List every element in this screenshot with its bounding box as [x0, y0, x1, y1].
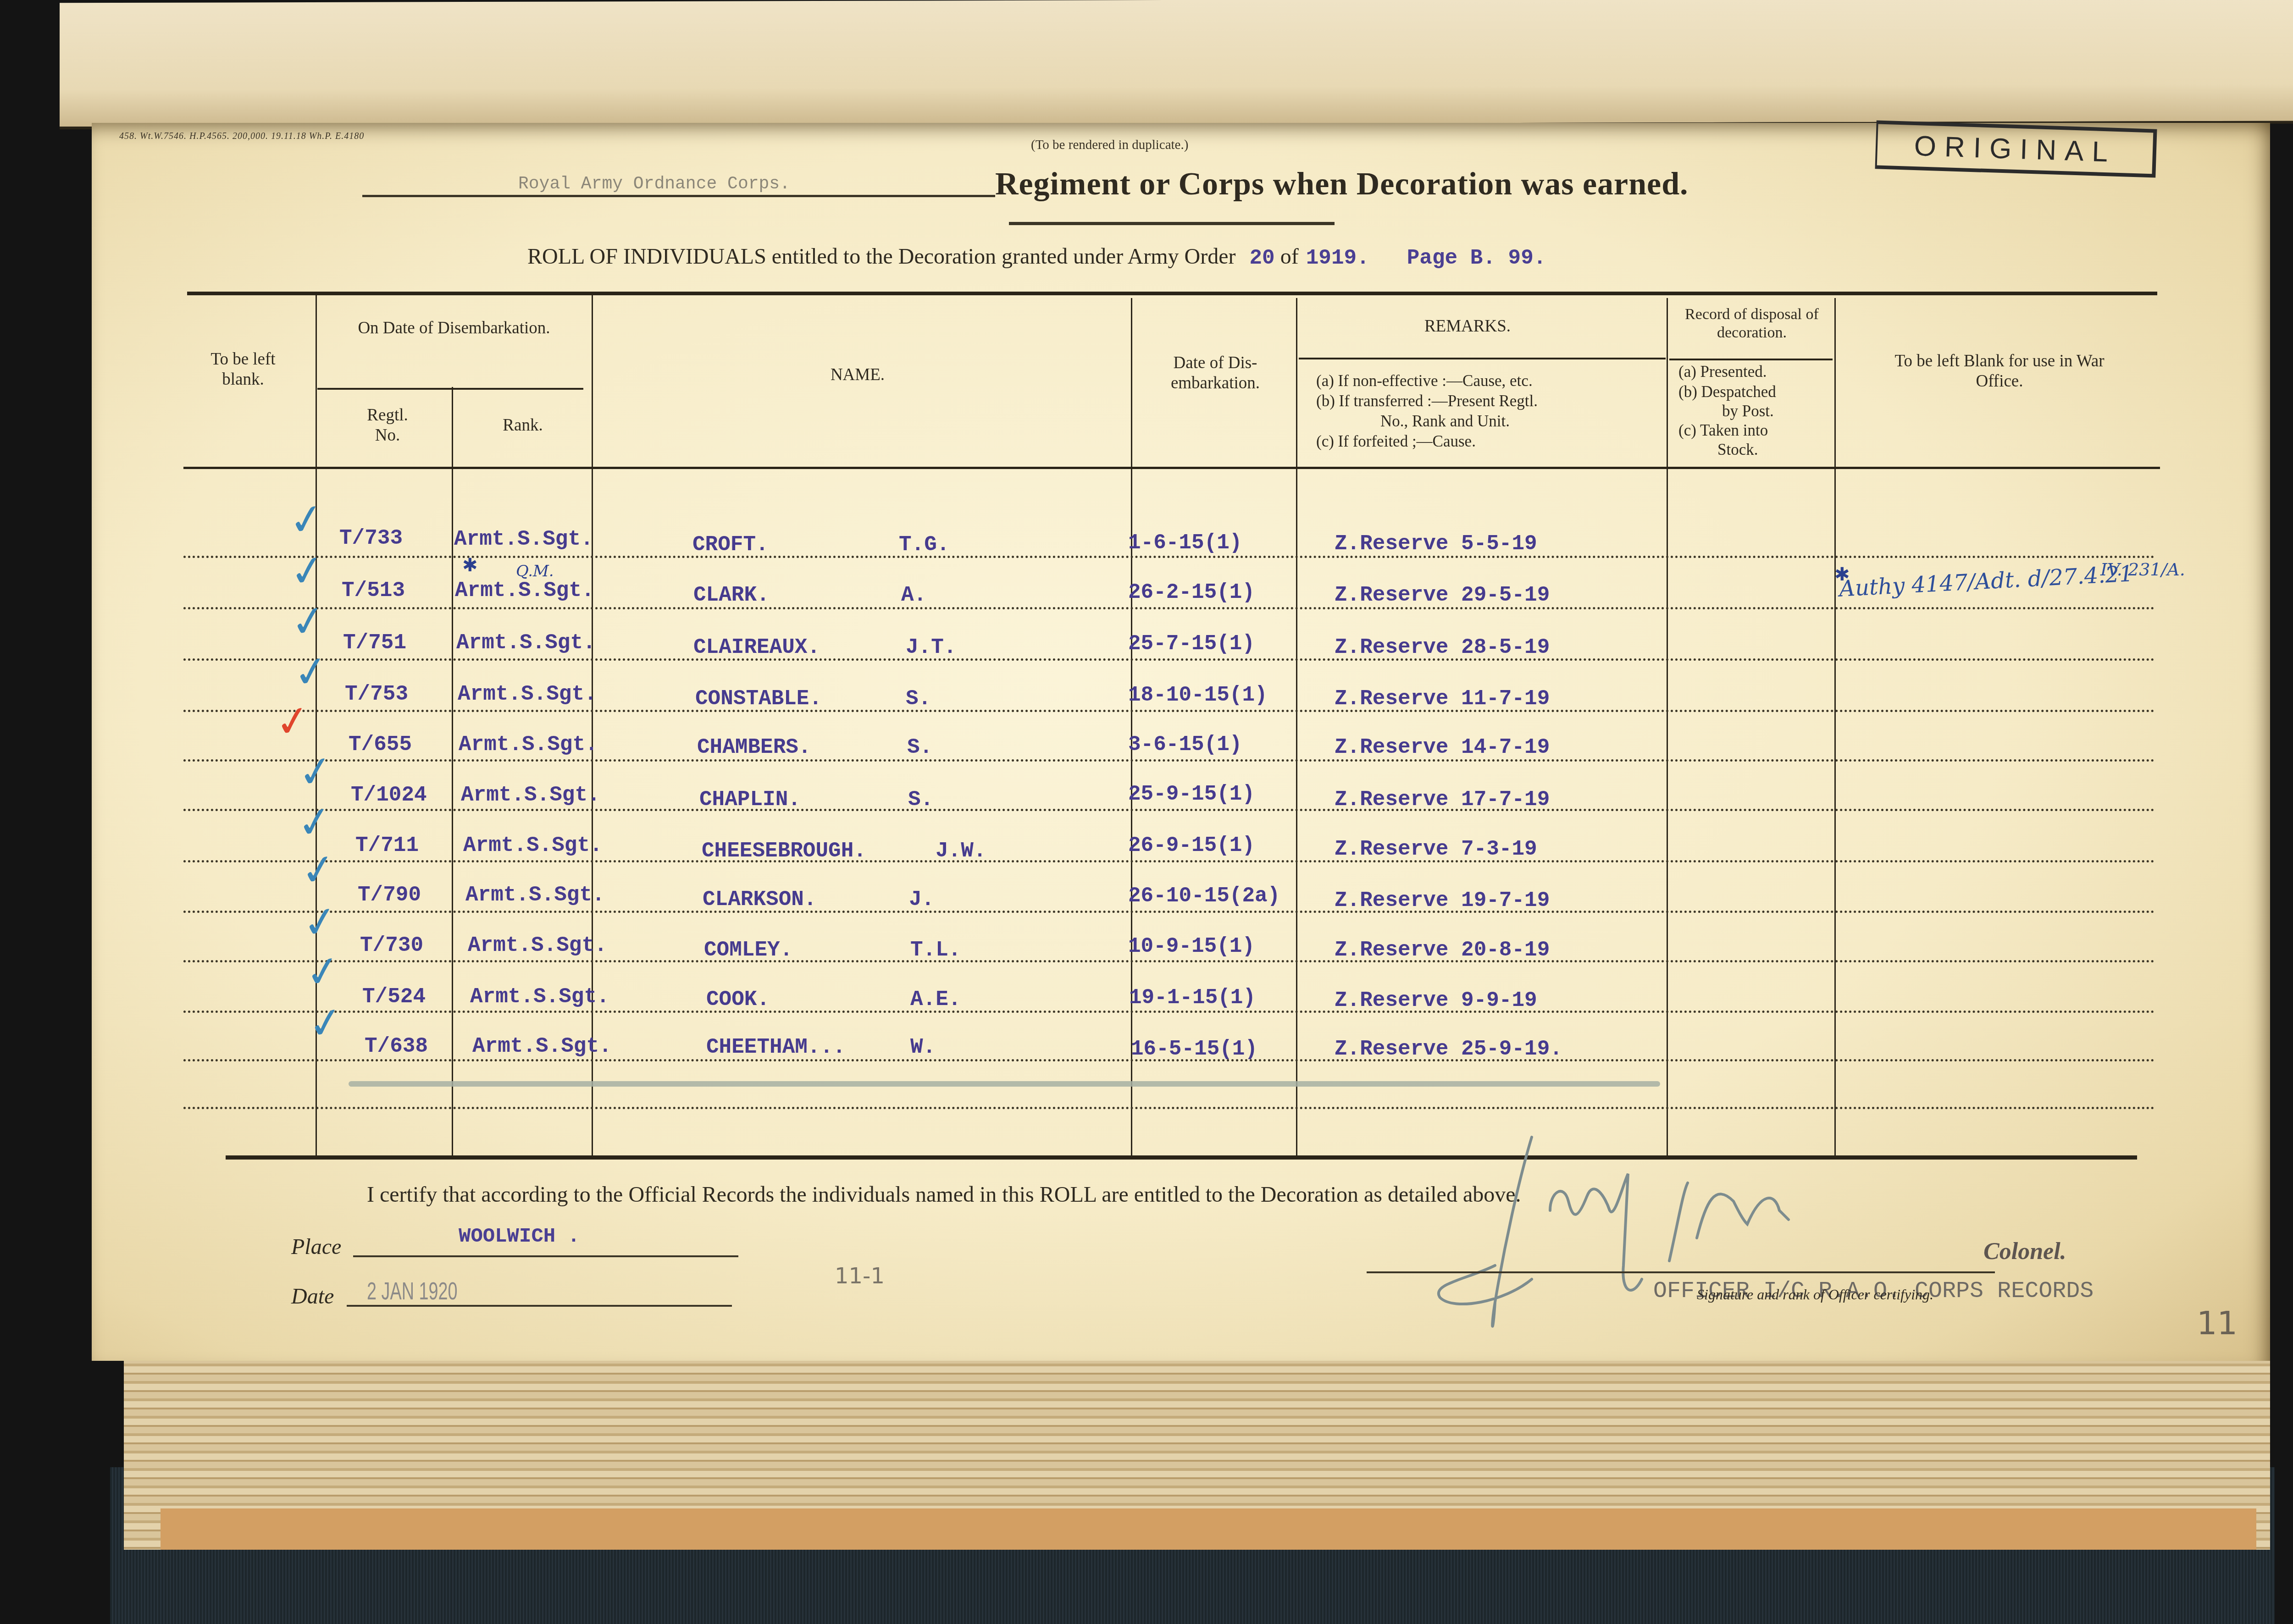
surname: CHAMBERS.	[697, 735, 811, 759]
regtl-no: T/513	[342, 579, 405, 602]
page-reference: Page B. 99.	[1407, 246, 1546, 270]
remarks: Z.Reserve 11-7-19	[1335, 687, 1550, 711]
header-rank: Rank.	[477, 415, 569, 436]
header-disposal-b2: by Post.	[1722, 402, 1841, 421]
row-rule	[183, 1011, 2155, 1013]
initials: J.W.	[936, 839, 986, 863]
row-rule	[183, 860, 2155, 862]
disembarkation-date: 10-9-15(1)	[1128, 934, 1255, 958]
date-value: 2 JAN 1920	[367, 1277, 458, 1305]
remarks: Z.Reserve 7-3-19	[1335, 837, 1537, 861]
header-name: NAME.	[780, 365, 936, 385]
regtl-no: T/751	[343, 631, 406, 655]
rank: Armt.S.Sgt.	[458, 682, 597, 706]
table-top-rule	[187, 292, 2157, 295]
rank: Armt.S.Sgt.	[454, 527, 593, 551]
header-disposal-b: (b) Despatched	[1678, 382, 1834, 402]
closing-line	[349, 1081, 1660, 1087]
place-label: Place	[291, 1234, 341, 1259]
rank-correction: Q.M.	[516, 562, 554, 580]
disembarkation-date: 26-2-15(1)	[1128, 580, 1255, 604]
remarks: Z.Reserve 20-8-19	[1335, 938, 1550, 962]
page-number: 11	[2197, 1304, 2238, 1342]
column-divider	[452, 387, 453, 1157]
header-disposal-c2: Stock.	[1717, 440, 1837, 459]
date-label: Date	[291, 1284, 334, 1309]
subheader-rule	[317, 388, 583, 390]
asterisk-mark-icon: ✱	[462, 555, 478, 576]
rank: Armt.S.Sgt.	[461, 783, 600, 807]
row-rule	[183, 809, 2155, 811]
title-underline	[1009, 222, 1335, 225]
page-stack-edges	[124, 1357, 2270, 1550]
pencil-note: 11-1	[835, 1263, 885, 1289]
header-disposal-a: (a) Presented.	[1678, 362, 1834, 381]
regtl-no: T/1024	[351, 783, 427, 807]
disembarkation-date: 25-9-15(1)	[1128, 782, 1255, 806]
officer-rank: Colonel.	[1983, 1238, 2066, 1265]
remarks: Z.Reserve 29-5-19	[1335, 583, 1550, 607]
check-mark-icon: ✓	[272, 695, 314, 748]
rank: Armt.S.Sgt.	[470, 985, 609, 1009]
column-divider	[1834, 298, 1836, 1157]
header-remarks-b2: No., Rank and Unit.	[1380, 412, 1656, 431]
surname: COOK.	[706, 988, 770, 1011]
column-divider	[1131, 298, 1132, 1157]
remarks: Z.Reserve 17-7-19	[1335, 788, 1550, 812]
rank: Armt.S.Sgt.	[455, 579, 594, 602]
initials: A.E.	[910, 988, 961, 1011]
disembarkation-date: 26-9-15(1)	[1128, 834, 1255, 857]
page-edge-stain	[161, 1508, 2256, 1550]
regtl-no: T/790	[358, 883, 421, 907]
header-date-disembarkation: Date of Dis- embarkation.	[1146, 353, 1284, 393]
previous-page	[60, 0, 2293, 129]
header-remarks-b: (b) If transferred :—Present Regtl.	[1316, 392, 1665, 411]
header-regtl-no: Regtl. No.	[353, 405, 422, 446]
header-remarks: REMARKS.	[1330, 316, 1605, 337]
disembarkation-date: 19-1-15(1)	[1129, 986, 1256, 1010]
place-line	[353, 1255, 738, 1257]
initials: W.	[910, 1035, 936, 1059]
disembarkation-date: 3-6-15(1)	[1128, 733, 1242, 757]
signature-line	[1367, 1271, 1995, 1273]
check-mark-icon: ✓	[305, 996, 347, 1050]
initials: A.	[901, 583, 926, 607]
row-rule	[183, 556, 2155, 558]
duplicate-note: (To be rendered in duplicate.)	[1031, 138, 1188, 153]
column-divider	[1296, 298, 1297, 1157]
initials: T.L.	[910, 938, 961, 962]
header-war-office: To be left Blank for use in War Office.	[1889, 351, 2110, 392]
header-remarks-a: (a) If non-effective :—Cause, etc.	[1316, 371, 1665, 391]
surname: CROFT.	[692, 533, 769, 557]
row-rule	[183, 1107, 2155, 1109]
initials: T.G.	[899, 533, 949, 557]
surname: COMLEY.	[704, 938, 792, 962]
roll-text: ROLL OF INDIVIDUALS entitled to the Deco…	[527, 244, 1236, 269]
row-rule	[183, 960, 2155, 962]
subheader-rule	[1299, 358, 1666, 359]
remarks: Z.Reserve 19-7-19	[1335, 889, 1550, 912]
regtl-no: T/733	[339, 526, 403, 550]
surname: CONSTABLE.	[695, 687, 822, 711]
initials: S.	[908, 788, 933, 812]
subheader-rule	[1669, 359, 1833, 360]
army-order-year: 1919.	[1306, 246, 1369, 270]
surname: CLARK.	[693, 583, 770, 607]
check-mark-icon: ✓	[290, 645, 332, 699]
disembarkation-date: 16-5-15(1)	[1131, 1037, 1257, 1061]
initials: J.T.	[906, 635, 956, 659]
corps-underline	[362, 195, 995, 197]
remarks: Z.Reserve 5-5-19	[1335, 532, 1537, 556]
regtl-no: T/711	[355, 834, 419, 857]
remarks: Z.Reserve 25-9-19.	[1335, 1037, 1562, 1061]
regtl-no: T/638	[365, 1034, 428, 1058]
header-disposal-c: (c) Taken into	[1678, 421, 1834, 440]
check-mark-icon: ✓	[294, 795, 336, 849]
rank: Armt.S.Sgt.	[456, 631, 596, 655]
certification-text: I certify that according to the Official…	[367, 1182, 1521, 1207]
corps-name: Royal Army Ordnance Corps.	[518, 174, 790, 194]
column-divider	[1667, 298, 1668, 1157]
surname: CHEETHAM...	[706, 1035, 846, 1059]
army-order-number: 20	[1250, 246, 1275, 270]
place-value: WOOLWICH .	[459, 1225, 580, 1248]
header-remarks-c: (c) If forfeited ;—Cause.	[1316, 432, 1665, 451]
row-rule	[183, 658, 2155, 661]
initials: J.	[909, 888, 934, 911]
signature-caption: Signature and rank of Officer certifying…	[1697, 1286, 1933, 1303]
row-rule	[183, 710, 2155, 712]
regtl-no: T/655	[349, 733, 412, 757]
check-mark-icon: ✓	[299, 895, 341, 949]
rank: Armt.S.Sgt.	[465, 883, 605, 907]
header-record-of-disposal: Record of disposal of decoration.	[1669, 305, 1834, 342]
regtl-no: T/753	[345, 682, 408, 706]
page-title: Regiment or Corps when Decoration was ea…	[995, 166, 1689, 203]
rank: Armt.S.Sgt.	[468, 934, 607, 957]
officer-signature	[1412, 1128, 1981, 1339]
disembarkation-date: 26-10-15(2a)	[1128, 884, 1280, 908]
surname: CHEESEBROUGH.	[702, 839, 866, 863]
disembarkation-date: 1-6-15(1)	[1128, 531, 1242, 555]
rank: Armt.S.Sgt.	[463, 834, 603, 857]
surname: CLARKSON.	[703, 888, 816, 911]
disembarkation-date: 18-10-15(1)	[1128, 683, 1268, 707]
column-divider	[592, 295, 593, 1157]
war-office-reference: IV. 231/A.	[2100, 559, 2185, 580]
header-to-be-left-blank: To be left blank.	[202, 349, 284, 390]
surname: CLAIREAUX.	[693, 635, 820, 659]
row-rule	[183, 759, 2155, 762]
check-mark-icon: ✓	[286, 493, 327, 547]
check-mark-icon: ✓	[287, 544, 328, 598]
check-mark-icon: ✓	[295, 745, 337, 799]
form-print-code: 458. Wt.W.7546. H.P.4565. 200,000. 19.11…	[119, 131, 364, 142]
remarks: Z.Reserve 14-7-19	[1335, 735, 1550, 759]
disembarkation-date: 25-7-15(1)	[1128, 632, 1255, 656]
remarks: Z.Reserve 28-5-19	[1335, 635, 1550, 659]
check-mark-icon: ✓	[298, 843, 339, 897]
table-header-rule	[183, 467, 2160, 469]
of-label: of	[1280, 244, 1299, 269]
rank: Armt.S.Sgt.	[459, 733, 598, 757]
regtl-no: T/524	[362, 985, 426, 1009]
check-mark-icon: ✓	[288, 595, 329, 648]
row-rule	[183, 911, 2155, 913]
roll-statement: ROLL OF INDIVIDUALS entitled to the Deco…	[527, 244, 1546, 270]
initials: S.	[907, 735, 932, 759]
check-mark-icon: ✓	[302, 945, 344, 999]
original-stamp: ORIGINAL	[1875, 120, 2157, 177]
remarks: Z.Reserve 9-9-19	[1335, 989, 1537, 1012]
row-rule	[183, 607, 2155, 609]
header-on-date-of-disembarkation: On Date of Disembarkation.	[349, 318, 559, 338]
initials: S.	[906, 687, 931, 711]
regtl-no: T/730	[360, 934, 423, 957]
surname: CHAPLIN.	[699, 788, 801, 812]
rank: Armt.S.Sgt.	[472, 1034, 612, 1058]
